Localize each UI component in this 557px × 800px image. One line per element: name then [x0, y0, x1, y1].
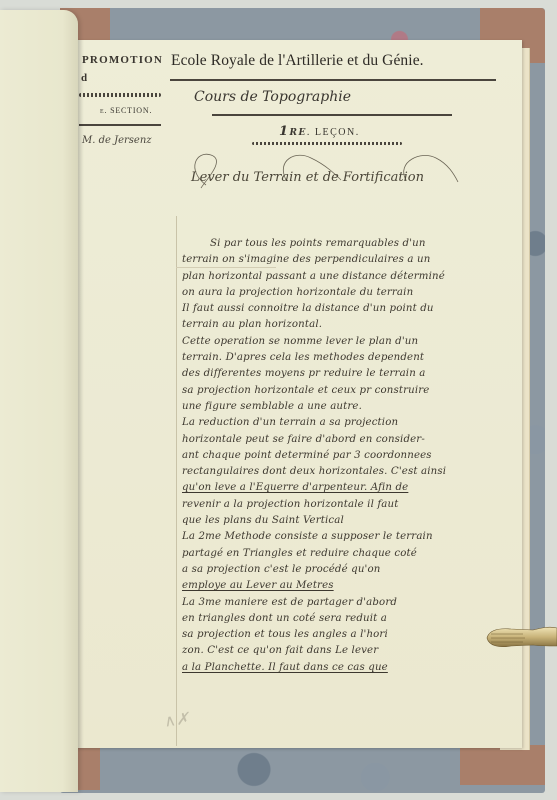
- section-label: e. SECTION.: [100, 106, 152, 115]
- text-line: sa projection et tous les angles a l'hor…: [182, 627, 507, 643]
- text-line: horizontale peut se faire d'abord en con…: [182, 432, 507, 448]
- text-line: revenir a la projection horizontale il f…: [182, 497, 507, 513]
- main-heading: Lever du Terrain et de Fortification: [191, 170, 424, 185]
- text-line-underlined: a la Planchette. Il faut dans ce cas que: [182, 660, 507, 676]
- text-line: Si par tous les points remarquables d'un: [182, 236, 507, 252]
- brass-hand-clip-icon: [483, 620, 557, 654]
- text-line: on aura la projection horizontale du ter…: [182, 285, 507, 301]
- text-line: des differentes moyens pr reduire le ter…: [182, 366, 507, 382]
- lesson-label: . LEÇON.: [307, 127, 360, 138]
- facing-blank-leaf: [0, 10, 78, 792]
- course-rule: [212, 114, 452, 116]
- lesson-heading: 1re. LEÇON.: [279, 124, 360, 139]
- text-line: partagé en Triangles et reduire chaque c…: [182, 546, 507, 562]
- school-title: Ecole Royale de l'Artillerie et du Génie…: [171, 52, 424, 70]
- text-line: Il faut aussi connoitre la distance d'un…: [182, 301, 507, 317]
- decorative-wavy-rule: [252, 142, 402, 145]
- text-line: sa projection horizontale et ceux pr con…: [182, 383, 507, 399]
- manuscript-page: PROMOTION d e. SECTION. M. de Jersenz Ec…: [76, 40, 522, 748]
- text-line: terrain au plan horizontal.: [182, 317, 507, 333]
- text-line: Cette operation se nomme lever le plan d…: [182, 334, 507, 350]
- text-line: que les plans du Saint Vertical: [182, 513, 507, 529]
- text-line: La 2me Methode consiste a supposer le te…: [182, 529, 507, 545]
- leather-corner-bottom-right: [460, 745, 545, 785]
- ruled-margin-line: [176, 216, 177, 746]
- text-line: La 3me maniere est de partager d'abord: [182, 595, 507, 611]
- text-line: La reduction d'un terrain a sa projectio…: [182, 415, 507, 431]
- pencil-mark: ∧✗: [163, 708, 191, 730]
- divider-rule: [79, 124, 161, 126]
- promotion-label: PROMOTION: [82, 54, 163, 66]
- lesson-number: 1re: [279, 124, 307, 139]
- text-line: rectangulaires dont deux horizontales. C…: [182, 464, 507, 480]
- text-line-underlined: qu'on leve a l'Equerre d'arpenteur. Afin…: [182, 480, 507, 496]
- text-line: terrain on s'imagine des perpendiculaire…: [182, 252, 507, 268]
- text-line-underlined: employe au Lever au Metres: [182, 578, 507, 594]
- text-line: plan horizontal passant a une distance d…: [182, 269, 507, 285]
- text-line: terrain. D'apres cela les methodes depen…: [182, 350, 507, 366]
- title-rule: [170, 79, 496, 81]
- student-signature: M. de Jersenz: [82, 135, 152, 146]
- handwritten-body: Si par tous les points remarquables d'un…: [182, 236, 507, 676]
- course-title: Cours de Topographie: [194, 89, 351, 105]
- text-line: zon. C'est ce qu'on fait dans Le lever: [182, 643, 507, 659]
- text-line: ant chaque point determiné par 3 coordon…: [182, 448, 507, 464]
- text-line: en triangles dont un coté sera reduit a: [182, 611, 507, 627]
- decorative-wavy-rule: [79, 93, 161, 97]
- text-line: a sa projection c'est le procédé qu'on: [182, 562, 507, 578]
- text-line: une figure semblable a une autre.: [182, 399, 507, 415]
